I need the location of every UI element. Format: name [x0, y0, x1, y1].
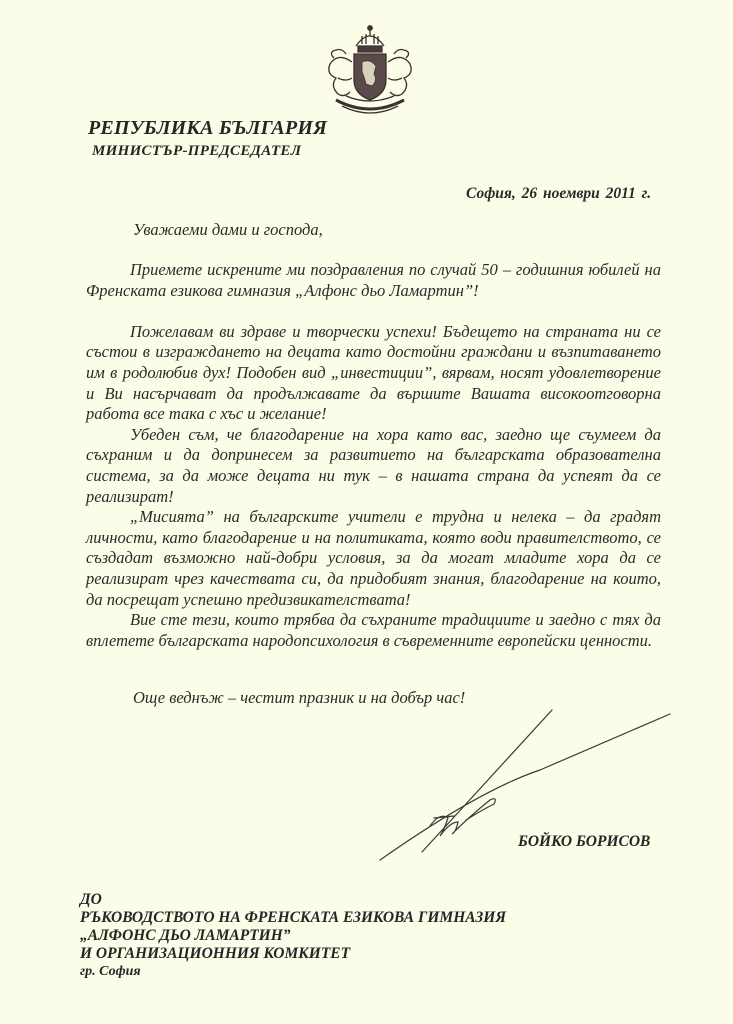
addressee-to: ДО [80, 891, 506, 909]
handwritten-signature-icon [370, 700, 690, 880]
paragraph: Пожелавам ви здраве и творчески успехи! … [86, 322, 661, 425]
letter-page: РЕПУБЛИКА БЪЛГАРИЯ МИНИСТЪР-ПРЕДСЕДАТЕЛ … [0, 0, 733, 1024]
addressee-line: „АЛФОНС ДЬО ЛАМАРТИН” [80, 927, 506, 945]
addressee-line: РЪКОВОДСТВОТО НА ФРЕНСКАТА ЕЗИКОВА ГИМНА… [80, 909, 506, 927]
letter-date: София, 26 ноември 2011 г. [466, 185, 651, 203]
paragraph: „Мисията” на българските учители е трудн… [86, 507, 661, 610]
coat-of-arms-icon [316, 22, 424, 120]
addressee-city: гр. София [80, 963, 506, 981]
salutation: Уважаеми дами и господа, [133, 220, 323, 240]
addressee-line: И ОРГАНИЗАЦИОННИЯ КОМКИТЕТ [80, 945, 506, 963]
header-republic: РЕПУБЛИКА БЪЛГАРИЯ [88, 117, 327, 140]
paragraph: Вие сте тези, които трябва да съхраните … [86, 610, 661, 651]
paragraph: Убеден съм, че благодарение на хора като… [86, 425, 661, 507]
signer-name: БОЙКО БОРИСОВ [518, 833, 650, 851]
paragraph: Приемете искрените ми поздравления по сл… [86, 260, 661, 301]
letter-body: Приемете искрените ми поздравления по сл… [86, 260, 661, 651]
header-prime-minister: МИНИСТЪР-ПРЕДСЕДАТЕЛ [92, 143, 301, 160]
addressee-block: ДО РЪКОВОДСТВОТО НА ФРЕНСКАТА ЕЗИКОВА ГИ… [80, 891, 506, 981]
